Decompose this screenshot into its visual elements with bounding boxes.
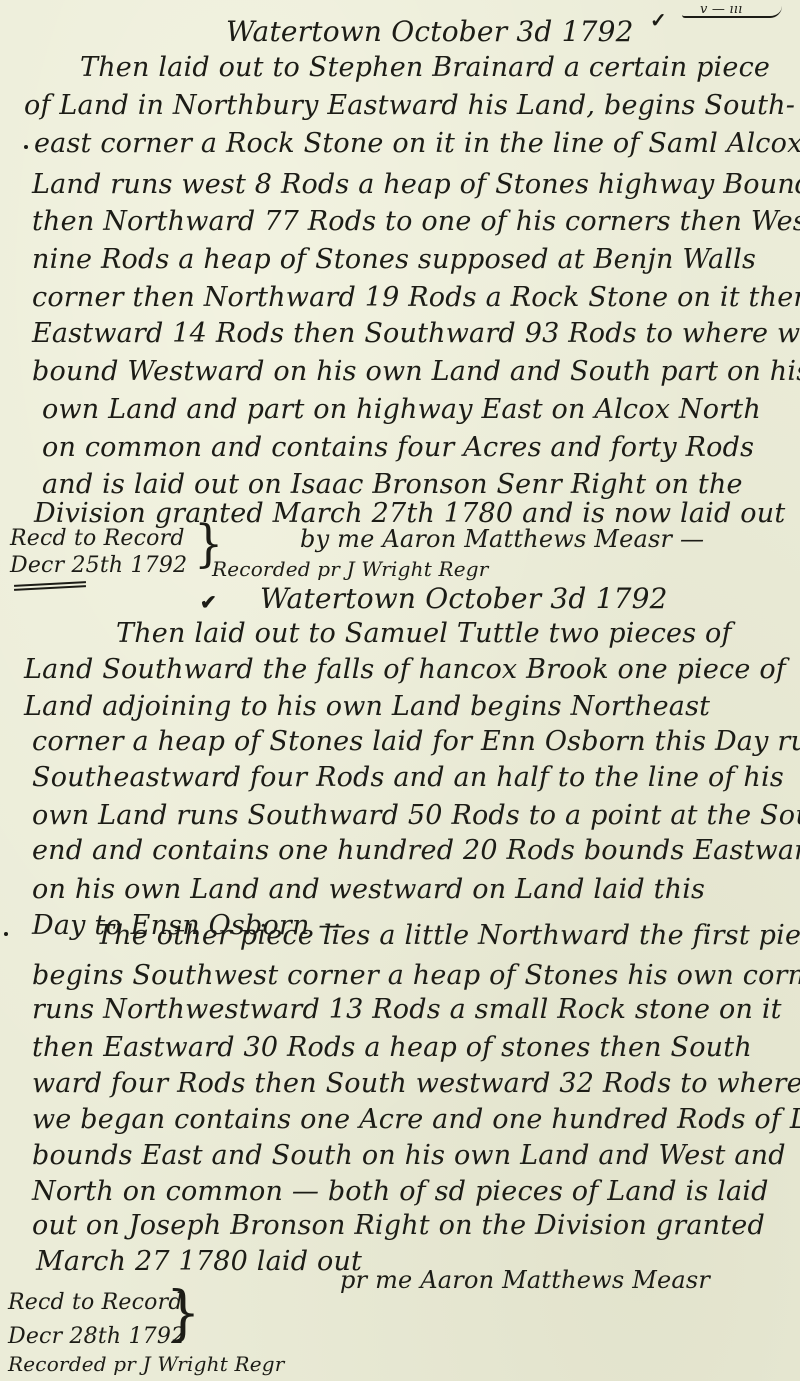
entry-1-line: on common and contains four Acres and fo… xyxy=(42,434,754,461)
entry-1-line: corner then Northward 19 Rods a Rock Sto… xyxy=(32,284,800,311)
entry-1-line: then Northward 77 Rods to one of his cor… xyxy=(32,208,800,235)
entry-1-recorded: Recorded pr J Wright Regr xyxy=(212,559,489,579)
margin-dot xyxy=(4,932,8,936)
entry-1-received-label: Recd to Record xyxy=(10,528,185,550)
entry-2-line: runs Northwestward 13 Rods a small Rock … xyxy=(32,996,782,1023)
entry-1-line: of Land in Northbury Eastward his Land, … xyxy=(24,92,795,119)
entry-1-line: Division granted March 27th 1780 and is … xyxy=(34,500,785,527)
entry-2-line: Land Southward the falls of hancox Brook… xyxy=(24,656,786,683)
entry-2-line: out on Joseph Bronson Right on the Divis… xyxy=(32,1212,765,1239)
margin-dot xyxy=(24,145,28,149)
corner-note: v — ııı xyxy=(700,3,742,16)
entry-2-line: we began contains one Acre and one hundr… xyxy=(32,1106,800,1133)
entry-1-line: Then laid out to Stephen Brainard a cert… xyxy=(80,54,770,81)
entry-1-line: and is laid out on Isaac Bronson Senr Ri… xyxy=(42,471,743,498)
entry-2-received-date: Decr 28th 1792 xyxy=(8,1326,185,1348)
brace: } xyxy=(166,1283,200,1342)
entry-1-line: Eastward 14 Rods then Southward 93 Rods … xyxy=(32,320,800,347)
entry-2-line: corner a heap of Stones laid for Enn Osb… xyxy=(32,728,800,755)
entry-2-line: Southeastward four Rods and an half to t… xyxy=(32,764,784,791)
manuscript-page: ✓ v — ııı Watertown October 3d 1792 Then… xyxy=(0,0,800,1381)
entry-1-heading: Watertown October 3d 1792 xyxy=(226,18,634,46)
entry-2-recorded: Recorded pr J Wright Regr xyxy=(8,1354,285,1374)
check-mark-icon: ✔ xyxy=(200,590,217,614)
entry-2-line: The other piece lies a little Northward … xyxy=(96,922,800,949)
entry-2-line: own Land runs Southward 50 Rods to a poi… xyxy=(32,802,800,829)
entry-2-line: on his own Land and westward on Land lai… xyxy=(32,876,705,903)
entry-2-line: March 27 1780 laid out xyxy=(36,1248,362,1275)
entry-1-line: nine Rods a heap of Stones supposed at B… xyxy=(32,246,756,273)
entry-2-received-label: Recd to Record xyxy=(8,1292,183,1314)
entry-2-heading: Watertown October 3d 1792 xyxy=(260,585,668,613)
check-mark-icon: ✓ xyxy=(650,8,667,32)
entry-2-line: end and contains one hundred 20 Rods bou… xyxy=(32,837,800,864)
entry-2-line: Then laid out to Samuel Tuttle two piece… xyxy=(116,620,732,647)
entry-1-line: own Land and part on highway East on Alc… xyxy=(42,396,761,423)
entry-1-line: east corner a Rock Stone on it in the li… xyxy=(34,130,800,157)
entry-2-signature: pr me Aaron Matthews Measr xyxy=(340,1268,710,1292)
entry-2-line: ward four Rods then South westward 32 Ro… xyxy=(32,1070,800,1097)
entry-2-line: begins Southwest corner a heap of Stones… xyxy=(32,962,800,989)
entry-1-received-date: Decr 25th 1792 xyxy=(10,555,187,577)
entry-2-line: then Eastward 30 Rods a heap of stones t… xyxy=(32,1034,752,1061)
entry-1-signature: by me Aaron Matthews Measr — xyxy=(300,527,704,551)
entry-2-line: North on common — both of sd pieces of L… xyxy=(32,1178,769,1205)
entry-2-line: Land adjoining to his own Land begins No… xyxy=(24,693,710,720)
entry-2-line: bounds East and South on his own Land an… xyxy=(32,1142,786,1169)
entry-1-line: Land runs west 8 Rods a heap of Stones h… xyxy=(32,171,800,198)
entry-1-line: bound Westward on his own Land and South… xyxy=(32,358,800,385)
